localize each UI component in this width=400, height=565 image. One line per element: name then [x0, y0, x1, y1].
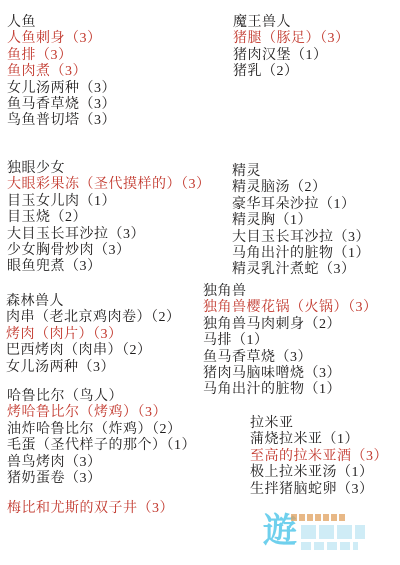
list-item: 鱼马香草烧（3）	[203, 350, 378, 366]
list-item: 独角兽马肉刺身（2）	[203, 317, 378, 333]
section-header: 人鱼	[7, 15, 116, 31]
section: 哈鲁比尔（鸟人）烤哈鲁比尔（烤鸡）（3）油炸哈鲁比尔（炸鸡）（2）毛蛋（圣代样子…	[7, 389, 196, 487]
list-item: 马排（1）	[203, 333, 378, 349]
list-item: 女儿汤两种（3）	[7, 81, 116, 97]
list-item: 巴西烤肉（肉串）（2）	[6, 343, 181, 359]
section: 精灵精灵脑汤（2）豪华耳朵沙拉（1）精灵胸（1）大目玉长耳沙拉（3）马角出汁的脏…	[232, 164, 370, 279]
section-header: 哈鲁比尔（鸟人）	[7, 389, 196, 405]
section-header: 精灵	[232, 164, 370, 180]
section: 梅比和尤斯的双子井（3）	[7, 501, 174, 517]
list-item: 人鱼刺身（3）	[7, 31, 116, 47]
list-item: 鱼排（3）	[7, 48, 116, 64]
watermark-text-row	[301, 525, 365, 539]
list-item: 烤哈鲁比尔（烤鸡）（3）	[7, 405, 196, 421]
list-item: 马角出汁的脏物（1）	[203, 382, 378, 398]
list-item: 猪肉马脑味噌烧（3）	[203, 366, 378, 382]
section: 独角兽独角兽樱花锅（火锅）（3）独角兽马肉刺身（2）马排（1）鱼马香草烧（3）猪…	[203, 284, 378, 399]
section: 魔王兽人猪腿（豚足）（3）猪肉汉堡（1）猪乳（2）	[233, 15, 350, 81]
list-item: 精灵乳汁煮蛇（3）	[232, 262, 370, 278]
list-item: 鸟鱼普切塔（3）	[7, 113, 116, 129]
list-item: 极上拉米亚汤（1）	[250, 465, 388, 481]
section-header: 独角兽	[203, 284, 378, 300]
list-item: 目玉烧（2）	[7, 210, 211, 226]
list-item: 梅比和尤斯的双子井（3）	[7, 501, 174, 517]
list-item: 大目玉长耳沙拉（3）	[232, 230, 370, 246]
list-item: 烤肉（肉片）（3）	[6, 327, 181, 343]
section-header: 魔王兽人	[233, 15, 350, 31]
section: 独眼少女大眼彩果冻（圣代摸样的）（3）目玉女儿肉（1）目玉烧（2）大目玉长耳沙拉…	[7, 161, 211, 276]
list-item: 精灵脑汤（2）	[232, 180, 370, 196]
list-item: 鱼马香草烧（3）	[7, 97, 116, 113]
list-item: 豪华耳朵沙拉（1）	[232, 197, 370, 213]
list-item: 肉串（老北京鸡肉卷）（2）	[6, 310, 181, 326]
list-item: 猪肉汉堡（1）	[233, 48, 350, 64]
list-item: 大目玉长耳沙拉（3）	[7, 227, 211, 243]
list-item: 油炸哈鲁比尔（炸鸡）（2）	[7, 422, 196, 438]
list-item: 猪腿（豚足）（3）	[233, 31, 350, 47]
watermark-text-row	[301, 542, 358, 550]
list-item: 兽鸟烤肉（3）	[7, 455, 196, 471]
list-item: 猪乳（2）	[233, 64, 350, 80]
recipe-list-page: 人鱼人鱼刺身（3）鱼排（3）鱼肉煮（3）女儿汤两种（3）鱼马香草烧（3）鸟鱼普切…	[0, 0, 400, 565]
list-item: 少女胸骨炒肉（3）	[7, 243, 211, 259]
list-item: 毛蛋（圣代样子的那个）（1）	[7, 438, 196, 454]
section-header: 独眼少女	[7, 161, 211, 177]
section-header: 拉米亚	[250, 416, 388, 432]
list-item: 马角出汁的脏物（1）	[232, 246, 370, 262]
list-item: 鱼肉煮（3）	[7, 64, 116, 80]
section: 人鱼人鱼刺身（3）鱼排（3）鱼肉煮（3）女儿汤两种（3）鱼马香草烧（3）鸟鱼普切…	[7, 15, 116, 130]
list-item: 目玉女儿肉（1）	[7, 194, 211, 210]
list-item: 蒲烧拉米亚（1）	[250, 432, 388, 448]
list-item: 女儿汤两种（3）	[6, 360, 181, 376]
section-header: 森林兽人	[6, 294, 181, 310]
list-item: 猪奶蛋卷（3）	[7, 471, 196, 487]
list-item: 生拌猪脑蛇卵（3）	[250, 482, 388, 498]
list-item: 大眼彩果冻（圣代摸样的）（3）	[7, 177, 211, 193]
section: 森林兽人肉串（老北京鸡肉卷）（2）烤肉（肉片）（3）巴西烤肉（肉串）（2）女儿汤…	[6, 294, 181, 376]
list-item: 独角兽樱花锅（火锅）（3）	[203, 300, 378, 316]
section: 拉米亚蒲烧拉米亚（1）至高的拉米亚酒（3）极上拉米亚汤（1）生拌猪脑蛇卵（3）	[250, 416, 388, 498]
list-item: 眼鱼兜煮（3）	[7, 259, 211, 275]
list-item: 精灵胸（1）	[232, 213, 370, 229]
watermark-tagline	[291, 514, 347, 521]
list-item: 至高的拉米亚酒（3）	[250, 449, 388, 465]
